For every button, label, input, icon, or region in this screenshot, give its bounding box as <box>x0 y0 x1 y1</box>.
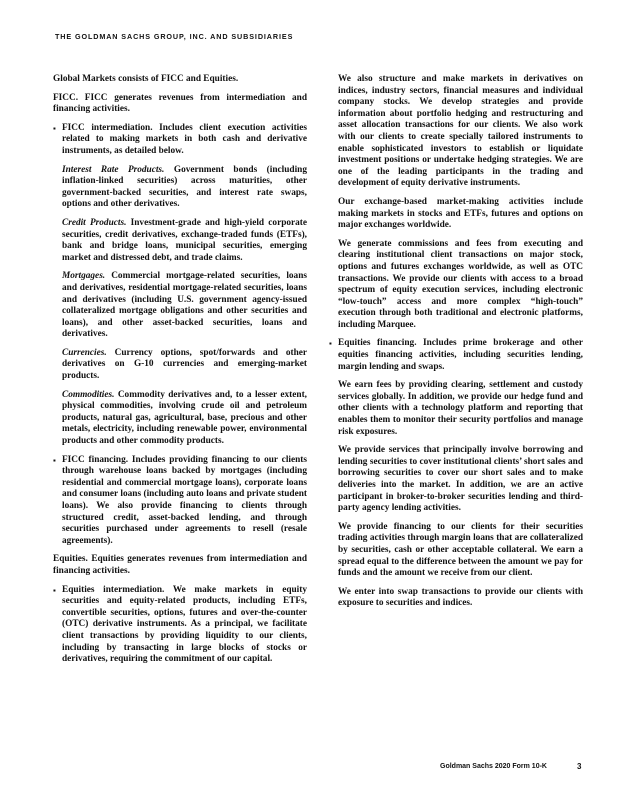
equities-paragraph: Equities. Equities generates revenues fr… <box>53 554 307 577</box>
bullet-lead: FICC financing. <box>62 455 128 465</box>
commissions-paragraph: We generate commissions and fees from ex… <box>329 239 583 332</box>
margin-loans-paragraph: We provide financing to our clients for … <box>329 522 583 580</box>
running-header: The Goldman Sachs Group, Inc. and Subsid… <box>55 32 293 41</box>
currencies-paragraph: Currencies. Currency options, spot/forwa… <box>53 348 307 383</box>
bullet-lead: Equities financing. <box>338 338 417 348</box>
bullet-equities-intermediation: Equities intermediation. We make markets… <box>53 585 307 666</box>
footer-label: Goldman Sachs 2020 Form 10-K <box>440 763 547 770</box>
bullet-ficc-financing: FICC financing. Includes providing finan… <box>53 455 307 548</box>
bullet-text: We make markets in equity securities and… <box>62 585 307 665</box>
bullet-ficc-intermediation: FICC intermediation. Includes client exe… <box>53 123 307 158</box>
mortgages-text: Commercial mortgage-related securities, … <box>62 271 307 339</box>
commodities-lead: Commodities. <box>62 390 114 400</box>
right-column: We also structure and make markets in de… <box>329 74 583 617</box>
derivatives-paragraph: We also structure and make markets in de… <box>329 74 583 190</box>
credit-paragraph: Credit Products. Investment-grade and hi… <box>53 218 307 264</box>
bullet-text: Includes providing financing to our clie… <box>62 455 307 546</box>
credit-lead: Credit Products. <box>62 218 126 228</box>
mortgages-lead: Mortgages. <box>62 271 105 281</box>
page-number: 3 <box>577 762 581 771</box>
rates-paragraph: Interest Rate Products. Government bonds… <box>53 165 307 211</box>
securities-lending-paragraph: We provide services that principally inv… <box>329 445 583 515</box>
currencies-lead: Currencies. <box>62 348 107 358</box>
bullet-lead: FICC intermediation. <box>62 123 153 133</box>
ficc-text: FICC generates revenues from intermediat… <box>53 93 307 115</box>
mortgages-paragraph: Mortgages. Commercial mortgage-related s… <box>53 271 307 341</box>
clearing-paragraph: We earn fees by providing clearing, sett… <box>329 380 583 438</box>
exchange-paragraph: Our exchange-based market-making activit… <box>329 197 583 232</box>
commodities-paragraph: Commodities. Commodity derivatives and, … <box>53 390 307 448</box>
swaps-paragraph: We enter into swap transactions to provi… <box>329 587 583 610</box>
ficc-paragraph: FICC. FICC generates revenues from inter… <box>53 93 307 116</box>
equities-text: Equities generates revenues from interme… <box>53 554 307 576</box>
rates-lead: Interest Rate Products. <box>62 165 164 175</box>
intro-paragraph: Global Markets consists of FICC and Equi… <box>53 74 307 86</box>
left-column: Global Markets consists of FICC and Equi… <box>53 74 307 673</box>
bullet-equities-financing: Equities financing. Includes prime broke… <box>329 338 583 373</box>
ficc-lead: FICC. <box>53 93 78 103</box>
equities-lead: Equities. <box>53 554 88 564</box>
bullet-lead: Equities intermediation. <box>62 585 164 595</box>
